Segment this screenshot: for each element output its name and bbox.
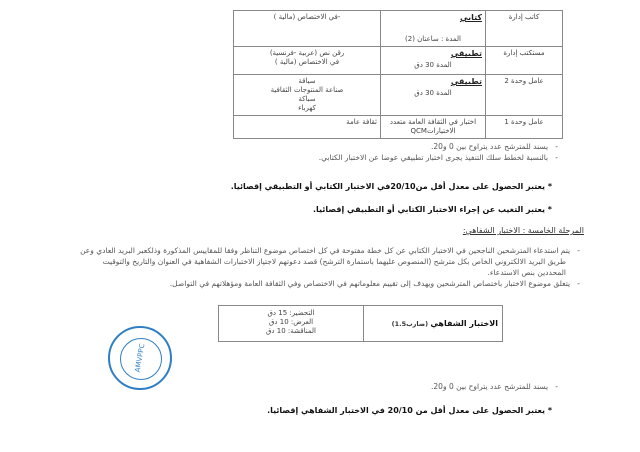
test-subject-cell: رقن نص (عربية -فرنسية) في الاختصاص (مالي…	[234, 47, 381, 75]
bullet-dash: -	[570, 279, 580, 288]
test-duration: المدة 30 دق	[384, 61, 482, 70]
oral-test-table: الاختبار الشفاهي (ضارب1.5) التحضير: 15 د…	[218, 305, 503, 342]
bullet-dash: -	[548, 142, 558, 151]
section-heading-oral-test: المرحلة الخامسة : الاختبار الشفاهي:	[463, 226, 584, 235]
recruitment-tests-table: كاتب إدارة كتابي المدة : ساعتان (2) -في …	[233, 10, 563, 139]
bullet-score-range: - يسند للمترشح عدد يتراوح بين 0 و20.	[431, 141, 558, 152]
test-type-cell: تطبيقي المدة 30 دق	[381, 75, 486, 116]
test-type-cell: تطبيقي المدة 30 دق	[381, 47, 486, 75]
job-title-cell: مستكتب إدارة	[486, 47, 563, 75]
svg-text:✶ ✶ وكالة إحياء التراث والتنمي: ✶ ✶ وكالة إحياء التراث والتنمية الثقافية	[109, 328, 112, 330]
subject-line: سياقة	[237, 77, 377, 86]
table-row: كاتب إدارة كتابي المدة : ساعتان (2) -في …	[234, 11, 563, 47]
subject-line: في الاختصاص (مالية )	[237, 58, 377, 67]
document-page: كاتب إدارة كتابي المدة : ساعتان (2) -في …	[0, 0, 640, 452]
oral-bullet-score-range: - يسند للمترشح عدد يتراوح بين 0 و20.	[431, 381, 558, 392]
test-type-label: كتابي	[460, 13, 482, 22]
job-title-cell: عامل وحدة 1	[486, 116, 563, 139]
test-type-label: تطبيقي	[451, 77, 482, 86]
subject-line: رقن نص (عربية -فرنسية)	[237, 49, 377, 58]
test-subject-cell: سياقة صناعة المنتوجات الثقافية سباكة كهر…	[234, 75, 381, 116]
presentation-time: العرض: 10 دق	[223, 318, 359, 327]
subject-line: كهرباء	[237, 104, 377, 113]
bullet-practical-test: - بالنسبة لخطط سلك التنفيذ يجرى اختبار ت…	[319, 152, 558, 163]
oral-test-coefficient: (ضارب1.5)	[392, 320, 428, 328]
job-title-cell: عامل وحدة 2	[486, 75, 563, 116]
bullet-dash: -	[570, 246, 580, 255]
stamp-ring-text-icon: ✶ ✶ وكالة إحياء التراث والتنمية الثقافية	[109, 328, 169, 388]
official-stamp: AMVPPC ✶ ✶ وكالة إحياء التراث والتنمية ا…	[108, 326, 172, 390]
test-subject-cell: -في الاختصاص (مالية )	[234, 11, 381, 47]
bullet-convocation: - يتم استدعاء المترشحين الناجحين في الاخ…	[80, 245, 580, 289]
table-row: عامل وحدة 1 اختبار في الثقافة العامة متع…	[234, 116, 563, 139]
test-type-cell: اختبار في الثقافة العامة متعدد الاختيارا…	[381, 116, 486, 139]
job-title-cell: كاتب إدارة	[486, 11, 563, 47]
subject-line: -في الاختصاص (مالية )	[237, 13, 377, 22]
prep-time: التحضير: 15 دق	[223, 309, 359, 318]
subject-line: ثقافة عامة	[237, 118, 377, 127]
table-row: عامل وحدة 2 تطبيقي المدة 30 دق سياقة صنا…	[234, 75, 563, 116]
oral-test-times-cell: التحضير: 15 دق العرض: 10 دق المناقشة: 10…	[219, 306, 364, 342]
test-type-cell: كتابي المدة : ساعتان (2)	[381, 11, 486, 47]
test-subject-cell: ثقافة عامة	[234, 116, 381, 139]
test-duration: المدة 30 دق	[384, 89, 482, 98]
note-absence: * يعتبر التغيب عن إجراء الاختبار الكتابي…	[313, 205, 552, 214]
subject-line: صناعة المنتوجات الثقافية	[237, 86, 377, 95]
test-duration: المدة : ساعتان (2)	[384, 35, 482, 44]
note-min-average: * يعتبر الحصول على معدل أقل من20/10في ال…	[231, 182, 552, 191]
table-row: مستكتب إدارة تطبيقي المدة 30 دق رقن نص (…	[234, 47, 563, 75]
table-row: الاختبار الشفاهي (ضارب1.5) التحضير: 15 د…	[219, 306, 503, 342]
subject-line: سباكة	[237, 95, 377, 104]
note-oral-min-average: * يعتبر الحصول على معدل أقل من 20/10 في …	[267, 406, 552, 415]
bullet-dash: -	[548, 382, 558, 391]
test-type-label: تطبيقي	[451, 49, 482, 58]
oral-test-label: الاختبار الشفاهي	[430, 319, 498, 328]
oral-test-label-cell: الاختبار الشفاهي (ضارب1.5)	[364, 306, 503, 342]
bullet-dash: -	[548, 153, 558, 162]
discussion-time: المناقشة: 10 دق	[223, 327, 359, 336]
